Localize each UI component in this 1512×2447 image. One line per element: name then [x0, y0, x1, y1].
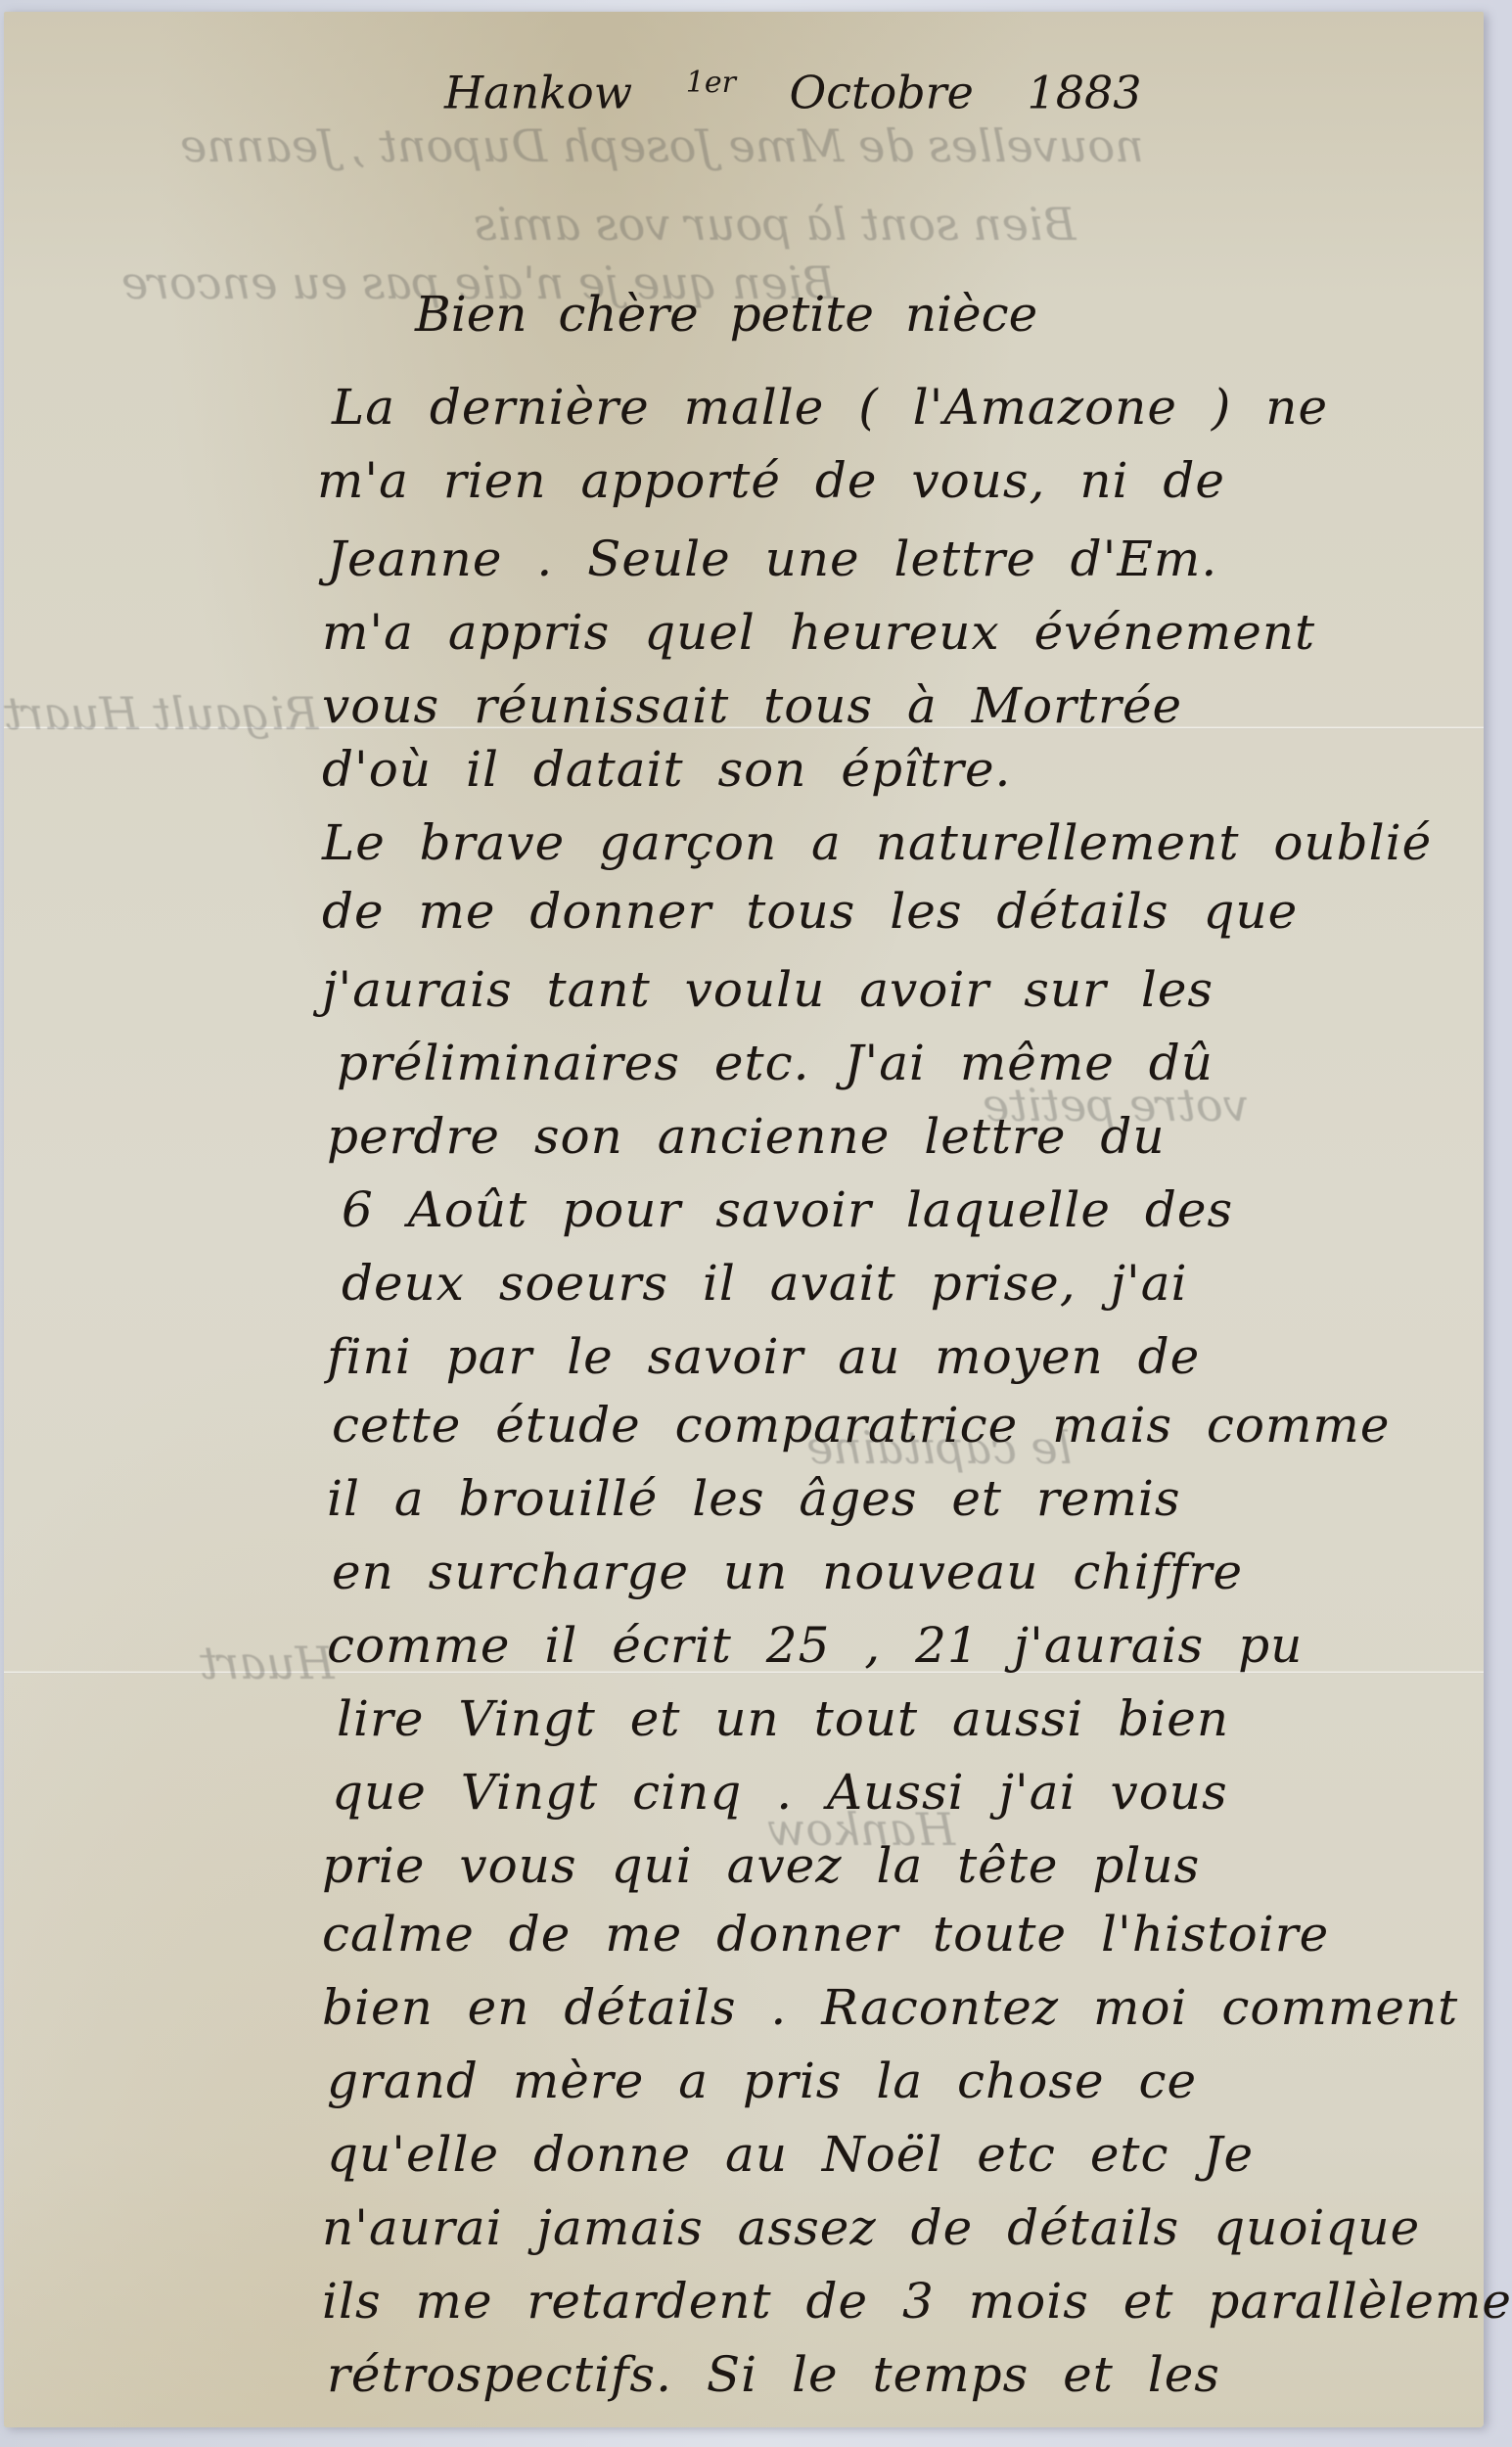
dateline-year: 1883: [1027, 66, 1141, 118]
letter-line: Jeanne . Seule une lettre d'Em.: [327, 531, 1217, 587]
letter-line: perdre son ancienne lettre du: [327, 1108, 1166, 1165]
letter-line: cette étude comparatrice mais comme: [332, 1397, 1390, 1454]
letter-body: Hankow 1er Octobre 1883 Bien chère petit…: [4, 12, 1484, 2427]
letter-line: Le brave garçon a naturellement oublié: [322, 814, 1432, 871]
letter-line: j'aurais tant voulu avoir sur les: [322, 961, 1214, 1018]
letter-line: fini par le savoir au moyen de: [327, 1328, 1200, 1385]
letter-line: que Vingt cinq . Aussi j'ai vous: [332, 1764, 1228, 1821]
letter-dateline: Hankow 1er Octobre 1883: [444, 66, 1142, 118]
letter-line: La dernière malle ( l'Amazone ) ne: [332, 379, 1328, 436]
letter-line: qu'elle donne au Noël etc etc Je: [327, 2126, 1254, 2183]
letter-line: comme il écrit 25 , 21 j'aurais pu: [327, 1617, 1303, 1674]
letter-line: de me donner tous les détails que: [322, 883, 1298, 940]
letter-line: lire Vingt et un tout aussi bien: [337, 1690, 1229, 1747]
letter-line: prie vous qui avez la tête plus: [322, 1837, 1200, 1894]
letter-line: n'aurai jamais assez de détails quoique: [322, 2199, 1420, 2256]
letter-line: m'a appris quel heureux événement: [322, 604, 1315, 661]
letter-line: il a brouillé les âges et remis: [327, 1470, 1180, 1527]
letter-line: ils me retardent de 3 mois et parallèlem…: [322, 2273, 1512, 2330]
letter-sheet: nouvelles de Mme Joseph Dupont , Jeanne …: [4, 12, 1484, 2427]
letter-line: rétrospectifs. Si le temps et les: [327, 2346, 1220, 2403]
dateline-month: Octobre: [790, 66, 974, 118]
letter-line: grand mère a pris la chose ce: [327, 2053, 1197, 2109]
dateline-day: 1er: [686, 66, 736, 100]
dateline-place: Hankow: [444, 66, 632, 118]
letter-line: m'a rien apporté de vous, ni de: [317, 452, 1225, 509]
letter-line: 6 Août pour savoir laquelle des: [342, 1181, 1233, 1238]
letter-salutation: Bien chère petite nièce: [415, 286, 1037, 343]
letter-line: calme de me donner toute l'histoire: [322, 1906, 1329, 1962]
letter-line: préliminaires etc. J'ai même dû: [337, 1035, 1214, 1091]
letter-line: vous réunissait tous à Mortrée: [322, 677, 1182, 734]
letter-line: deux soeurs il avait prise, j'ai: [342, 1255, 1188, 1312]
letter-line: bien en détails . Racontez moi comment: [322, 1979, 1458, 2036]
letter-line: d'où il datait son épître.: [322, 741, 1011, 798]
letter-line: en surcharge un nouveau chiffre: [332, 1544, 1243, 1600]
